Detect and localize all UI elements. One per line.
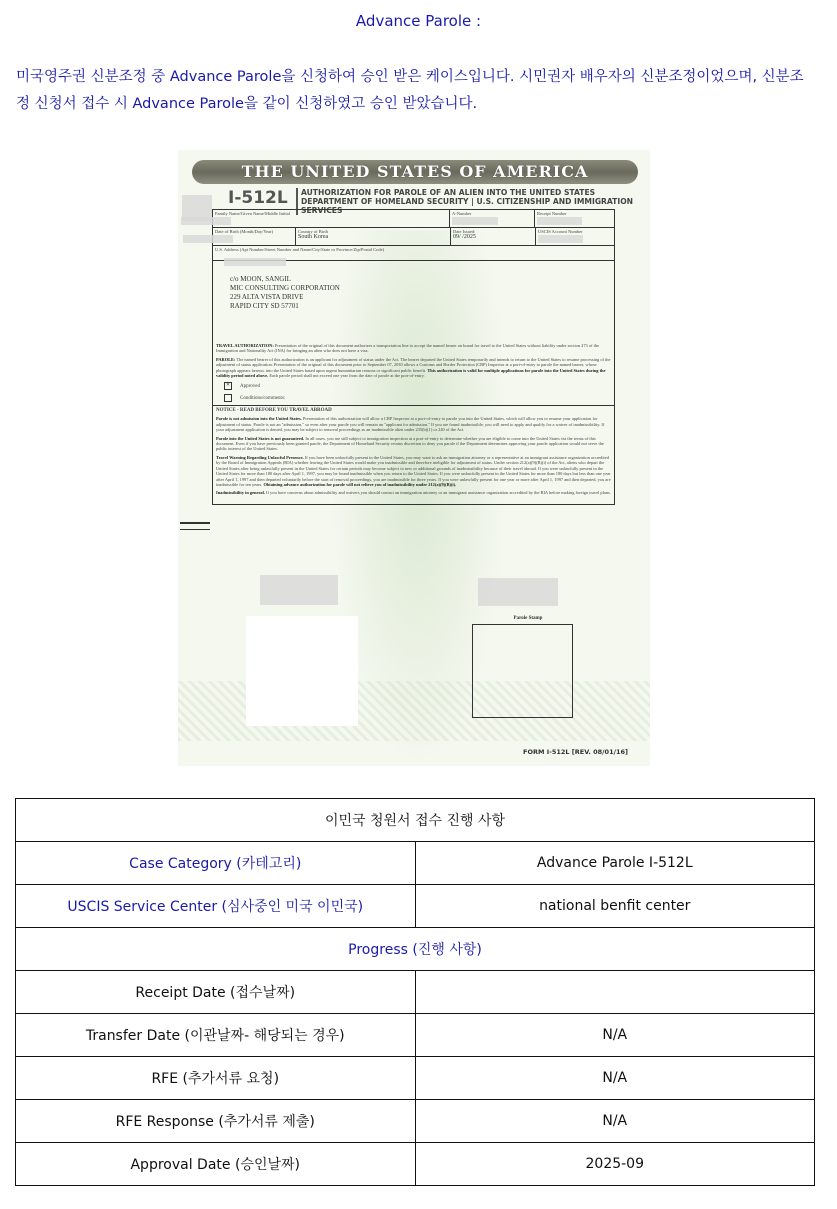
- parole-paragraph: PAROLE: The named bearer of this authori…: [216, 357, 611, 379]
- table-row: Case Category (카테고리) Advance Parole I-51…: [16, 842, 815, 885]
- case-category-value: Advance Parole I-512L: [415, 842, 815, 885]
- redacted-signature: [260, 575, 338, 605]
- table-row: RFE (추가서류 요청) N/A: [16, 1057, 815, 1100]
- country-of-birth-value: South Korea: [298, 234, 328, 240]
- progress-header-row: Progress (진행 사항): [16, 928, 815, 971]
- rfe-label: RFE (추가서류 요청): [16, 1057, 416, 1100]
- petition-status-table: 이민국 청원서 접수 진행 사항 Case Category (카테고리) Ad…: [15, 798, 815, 1186]
- family-name-label: Family Name/Given Name/Middle Initial: [215, 211, 290, 216]
- notice-subheading: Parole is not admission into the United …: [216, 416, 302, 421]
- document-banner: THE UNITED STATES OF AMERICA: [192, 160, 638, 184]
- address-line: RAPID CITY SD 57701: [230, 302, 611, 311]
- notice-subheading: Travel Warning Regarding Unlawful Presen…: [216, 455, 304, 460]
- travel-authorization-paragraph: TRAVEL AUTHORIZATION: Presentation of th…: [216, 343, 611, 354]
- redacted-area: [224, 258, 286, 266]
- parole-stamp-box: [472, 624, 573, 718]
- case-category-label: Case Category (카테고리): [16, 842, 416, 885]
- parole-heading: PAROLE:: [216, 357, 235, 362]
- receipt-number-field: Receipt Number: [535, 210, 614, 227]
- uscis-account-field: USCIS Account Number: [536, 228, 614, 245]
- form-title-line: AUTHORIZATION FOR PAROLE OF AN ALIEN INT…: [301, 188, 650, 197]
- approval-date-value: 2025-09: [415, 1143, 815, 1186]
- service-center-value: national benfit center: [415, 885, 815, 928]
- approved-label: Approved: [240, 384, 260, 389]
- notice-paragraph: Travel Warning Regarding Unlawful Presen…: [216, 455, 611, 487]
- intro-paragraph: 미국영주권 신분조정 중 Advance Parole을 신청하여 승인 받은 …: [16, 64, 816, 118]
- form-number: I-512L: [228, 188, 288, 208]
- date-issued-field: Date Issued: 09/ /2025: [451, 228, 536, 245]
- notice-paragraph: Parole is not admission into the United …: [216, 416, 611, 432]
- table-header-row: 이민국 청원서 접수 진행 사항: [16, 799, 815, 842]
- margin-marks: [180, 522, 210, 535]
- form-fields-grid: Family Name/Given Name/Middle Initial A-…: [212, 209, 615, 505]
- rfe-response-label: RFE Response (추가서류 제출): [16, 1100, 416, 1143]
- redacted-area: [538, 235, 583, 243]
- redacted-area: [183, 235, 233, 243]
- a-number-label: A-Number: [452, 211, 472, 216]
- notice-text: If you have concerns about admissibility…: [266, 490, 611, 495]
- redacted-area: [181, 217, 231, 225]
- parole-stamp-label: Parole Stamp: [498, 616, 558, 621]
- receipt-number-label: Receipt Number: [537, 211, 567, 216]
- notice-paragraph: Inadmissibility in general. If you have …: [216, 490, 611, 495]
- conditions-label: Conditions/comments:: [240, 396, 285, 401]
- table-row: Transfer Date (이관날짜- 해당되는 경우) N/A: [16, 1014, 815, 1057]
- transfer-date-value: N/A: [415, 1014, 815, 1057]
- document-body: c/o MOON, SANGIL MIC CONSULTING CORPORAT…: [213, 261, 614, 496]
- conditions-checkbox-row: Conditions/comments:: [224, 394, 611, 402]
- progress-header: Progress (진행 사항): [16, 928, 815, 971]
- conditions-checkbox: [224, 394, 232, 402]
- a-number-field: A-Number: [450, 210, 535, 227]
- uscis-account-label: USCIS Account Number: [538, 229, 583, 234]
- photo-area: [246, 616, 358, 726]
- address-label: U.S. Address (Apt Number/Street Number a…: [215, 247, 384, 252]
- redacted-signature: [478, 578, 558, 606]
- travel-authorization-text: Presentation of the original of this doc…: [216, 343, 599, 353]
- mailing-address: c/o MOON, SANGIL MIC CONSULTING CORPORAT…: [230, 275, 611, 343]
- notice-paragraph: Parole into the United States is not gua…: [216, 436, 611, 452]
- address-line: 229 ALTA VISTA DRIVE: [230, 293, 611, 302]
- date-issued-value: 09/ /2025: [453, 234, 476, 240]
- dob-label: Date of Birth (Month/Day/Year): [215, 229, 273, 234]
- family-name-field: Family Name/Given Name/Middle Initial: [213, 210, 450, 227]
- country-of-birth-field: Country of Birth South Korea: [296, 228, 451, 245]
- receipt-date-value: [415, 971, 815, 1014]
- parole-tail-text: Each parole period shall not exceed one …: [269, 373, 424, 378]
- page-heading: Advance Parole :: [0, 12, 837, 30]
- approval-date-label: Approval Date (승인날짜): [16, 1143, 416, 1186]
- redacted-area: [537, 217, 582, 225]
- approved-checkbox-row: ✕ Approved: [224, 382, 611, 390]
- i512l-document-image: THE UNITED STATES OF AMERICA I-512L AUTH…: [178, 150, 650, 766]
- receipt-date-label: Receipt Date (접수날짜): [16, 971, 416, 1014]
- form-revision: FORM I-512L [REV. 08/01/16]: [523, 748, 628, 756]
- table-row: Approval Date (승인날짜) 2025-09: [16, 1143, 815, 1186]
- notice-subheading: Inadmissibility in general.: [216, 490, 265, 495]
- notice-heading: NOTICE - READ BEFORE YOU TRAVEL ABROAD: [213, 405, 614, 413]
- notice-subheading: Parole into the United States is not gua…: [216, 436, 304, 441]
- redacted-area: [452, 217, 498, 225]
- address-line: c/o MOON, SANGIL: [230, 275, 611, 284]
- rfe-response-value: N/A: [415, 1100, 815, 1143]
- travel-authorization-heading: TRAVEL AUTHORIZATION:: [216, 343, 274, 348]
- rfe-value: N/A: [415, 1057, 815, 1100]
- notice-bold-text: Obtaining advance authorization for paro…: [263, 482, 456, 487]
- transfer-date-label: Transfer Date (이관날짜- 해당되는 경우): [16, 1014, 416, 1057]
- table-row: USCIS Service Center (심사중인 미국 이민국) natio…: [16, 885, 815, 928]
- table-header: 이민국 청원서 접수 진행 사항: [16, 799, 815, 842]
- table-row: Receipt Date (접수날짜): [16, 971, 815, 1014]
- dob-field: Date of Birth (Month/Day/Year): [213, 228, 296, 245]
- table-row: RFE Response (추가서류 제출) N/A: [16, 1100, 815, 1143]
- approved-checkbox: ✕: [224, 382, 232, 390]
- service-center-label: USCIS Service Center (심사중인 미국 이민국): [16, 885, 416, 928]
- address-line: MIC CONSULTING CORPORATION: [230, 284, 611, 293]
